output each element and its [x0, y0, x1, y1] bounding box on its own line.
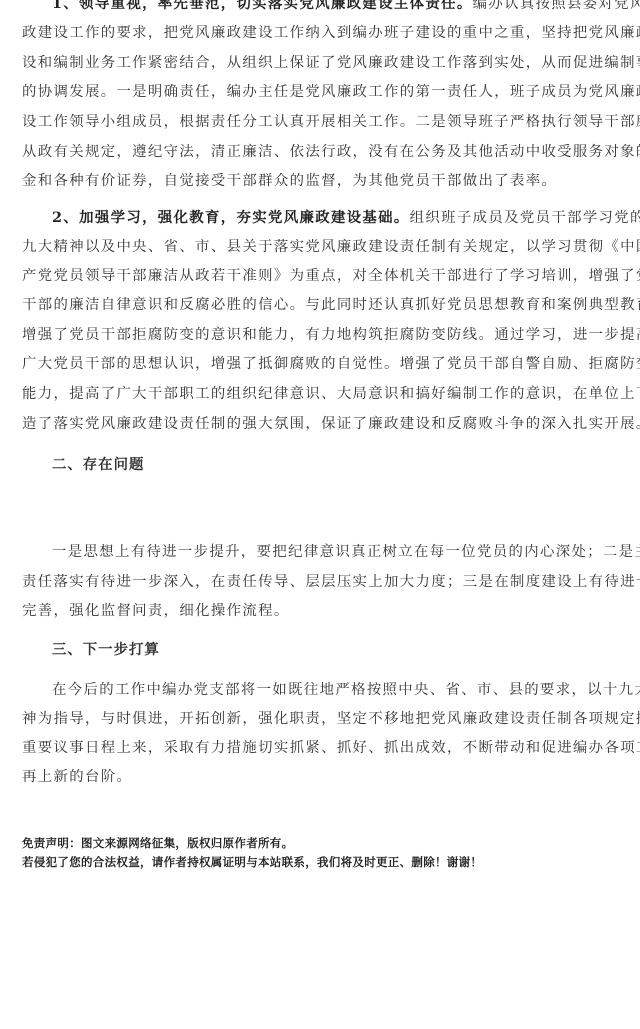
paragraph-1-line-6: 从政有关规定，遵纪守法，清正廉洁、依法行政，没有在公务及其他活动中收受服务对象的… [22, 142, 620, 162]
paragraph-2-line-1: 2、加强学习，强化教育，夯实党风廉政建设基础。组织班子成员及党员干部学习党的十 [52, 208, 620, 228]
paragraph-2-line-3: 产党党员领导干部廉洁从政若干准则》为重点，对全体机关干部进行了学习培训，增强了党… [22, 266, 620, 286]
next-steps-line-3: 重要议事日程上来，采取有力措施切实抓紧、抓好、抓出成效，不断带动和促进编办各项工… [22, 738, 620, 758]
paragraph-2-text: 组织班子成员及党员干部学习党的十 [410, 210, 640, 226]
section-heading-problems: 二、存在问题 [52, 455, 144, 475]
problems-line-1: 一是思想上有待进一步提升，要把纪律意识真正树立在每一位党员的内心深处；二是主体 [52, 542, 620, 562]
problems-line-2: 责任落实有待进一步深入，在责任传导、层层压实上加大力度；三是在制度建设上有待进一… [22, 572, 620, 592]
paragraph-2-line-2: 九大精神以及中央、省、市、县关于落实党风廉政建设责任制有关规定，以学习贯彻《中国… [22, 237, 620, 257]
paragraph-2-line-4: 干部的廉洁自律意识和反腐必胜的信心。与此同时还认真抓好党员思想教育和案例典型教育… [22, 295, 620, 315]
next-steps-line-4: 再上新的台阶。 [22, 767, 620, 787]
paragraph-1-line-5: 设工作领导小组成员，根据责任分工认真开展相关工作。二是领导班子严格执行领导干部廉… [22, 112, 620, 132]
paragraph-1-line-7: 金和各种有价证券，自觉接受干部群众的监督，为其他党员干部做出了表率。 [22, 171, 620, 191]
paragraph-2-title: 2、加强学习，强化教育，夯实党风廉政建设基础。 [52, 209, 410, 226]
paragraph-2-line-7: 能力，提高了广大干部职工的组织纪律意识、大局意识和搞好编制工作的意识，在单位上下… [22, 384, 620, 404]
paragraph-2-line-8: 造了落实党风廉政建设责任制的强大氛围，保证了廉政建设和反腐败斗争的深入扎实开展。 [22, 414, 620, 434]
paragraph-1-line-3: 设和编制业务工作紧密结合，从组织上保证了党风廉政建设工作落到实处，从而促进编制事… [22, 53, 620, 73]
section-heading-next-steps: 三、下一步打算 [52, 640, 160, 660]
paragraph-1-text: 编办认真按照县委对党风廉 [473, 0, 640, 12]
problems-line-3: 完善，强化监督问责，细化操作流程。 [22, 601, 620, 621]
paragraph-1-line-1: 1、领导重视，率先垂范，切实落实党风廉政建设主体责任。编办认真按照县委对党风廉 [52, 0, 620, 14]
paragraph-2-line-6: 广大党员干部的思想认识，增强了抵御腐败的自觉性。增强了党员干部自警自励、拒腐防变… [22, 354, 620, 374]
paragraph-2-line-5: 增强了党员干部拒腐防变的意识和能力，有力地构筑拒腐防变防线。通过学习，进一步提高… [22, 325, 620, 345]
paragraph-1-title: 1、领导重视，率先垂范，切实落实党风廉政建设主体责任。 [52, 0, 473, 12]
disclaimer-line-2: 若侵犯了您的合法权益，请作者持权属证明与本站联系，我们将及时更正、删除！谢谢！ [22, 854, 482, 870]
paragraph-1-line-2: 政建设工作的要求，把党风廉政建设工作纳入到编办班子建设的重中之重，坚持把党风廉政… [22, 23, 620, 43]
next-steps-line-2: 神为指导，与时俱进，开拓创新，强化职责，坚定不移地把党风廉政建设责任制各项规定摆… [22, 709, 620, 729]
disclaimer-line-1: 免责声明：图文来源网络征集，版权归原作者所有。 [22, 835, 293, 851]
next-steps-line-1: 在今后的工作中编办党支部将一如既往地严格按照中央、省、市、县的要求，以十九大精 [52, 680, 620, 700]
paragraph-1-line-4: 的协调发展。一是明确责任，编办主任是党风廉政工作的第一责任人，班子成员为党风廉政… [22, 82, 620, 102]
